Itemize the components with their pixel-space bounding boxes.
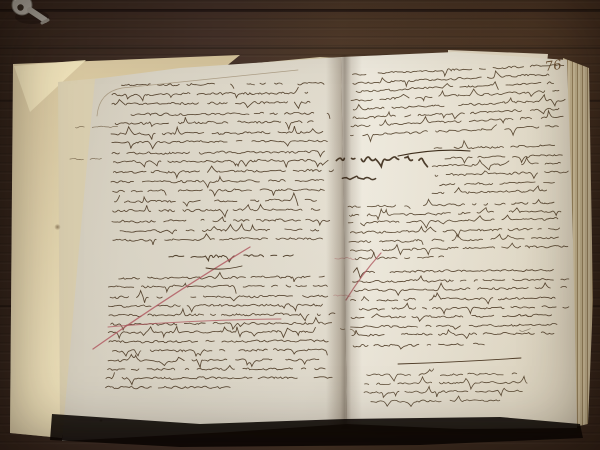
open-manuscript-book: 76 (0, 0, 600, 450)
key-bow-hole (17, 4, 23, 10)
photograph-open-manuscript: 76 (0, 0, 600, 450)
stain-spot (54, 224, 61, 230)
key-icon (8, 0, 56, 33)
gutter-shadow (326, 55, 362, 429)
